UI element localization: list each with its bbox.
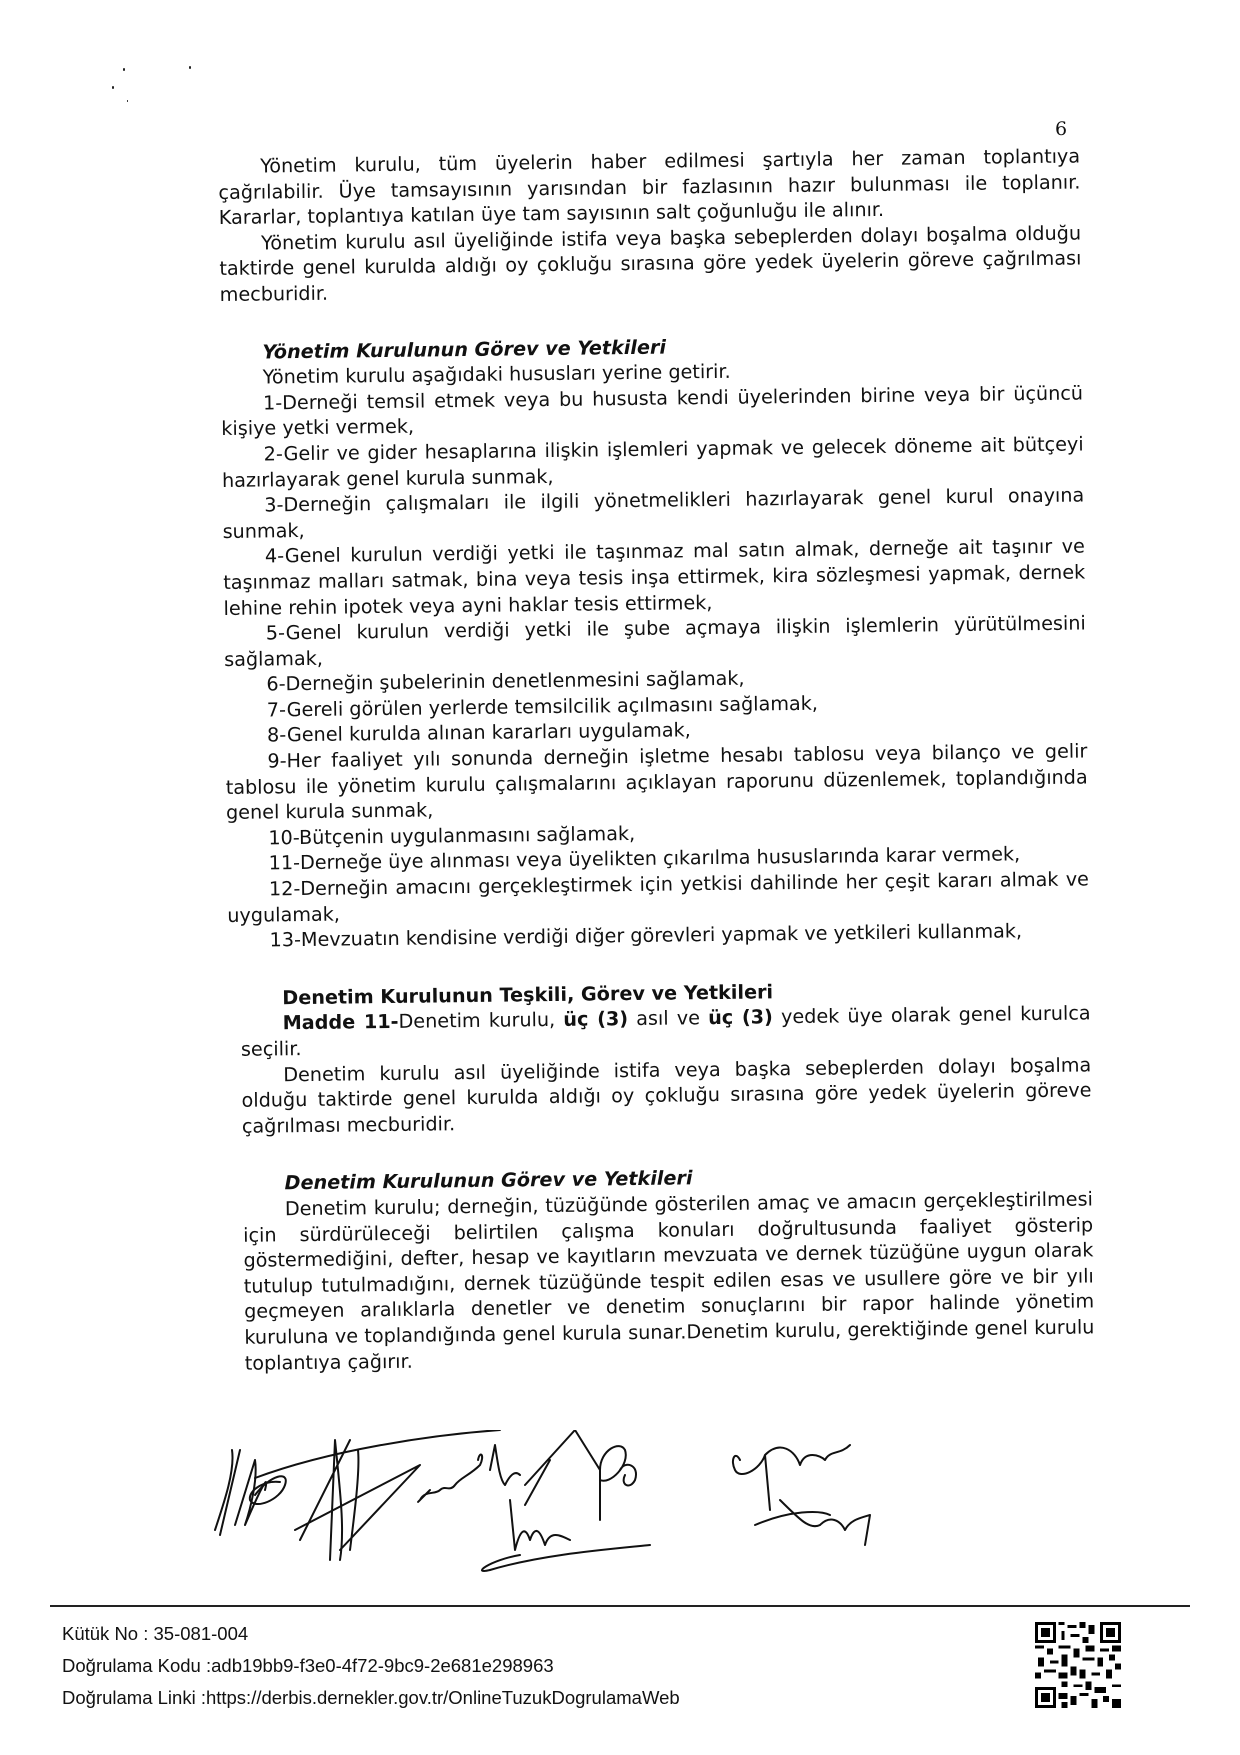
article-text: Denetim kurulu, — [398, 1008, 563, 1033]
paragraph: Yönetim kurulu, tüm üyelerin haber edilm… — [218, 143, 1081, 230]
qr-code-icon — [1035, 1622, 1121, 1708]
article-text: asıl ve — [628, 1006, 708, 1030]
verification-link[interactable]: Doğrulama Linki :https://derbis.dernekle… — [62, 1682, 680, 1714]
signature-3 — [418, 1455, 482, 1502]
document-body: Yönetim kurulu, tüm üyelerin haber edilm… — [218, 143, 1095, 1376]
paragraph: Denetim kurulu asıl üyeliğinde istifa ve… — [241, 1052, 1092, 1139]
signature-5 — [575, 1430, 636, 1520]
list-item: 9-Her faaliyet yılı sonunda derneğin işl… — [225, 738, 1088, 825]
verification-code: Doğrulama Kodu :adb19bb9-f3e0-4f72-9bc9-… — [62, 1650, 680, 1682]
audit-duties-section: Denetim Kurulunun Görev ve Yetkileri Den… — [242, 1161, 1094, 1376]
signature-2 — [295, 1440, 420, 1560]
board-meeting-section: Yönetim kurulu, tüm üyelerin haber edilm… — [218, 143, 1082, 307]
member-count: üç (3) — [563, 1007, 628, 1031]
duties-list: 1-Derneği temsil etmek veya bu hususta k… — [221, 380, 1090, 954]
footer-divider — [50, 1605, 1190, 1607]
signature-6 — [733, 1445, 870, 1545]
audit-board-section: Denetim Kurulunun Teşkili, Görev ve Yetk… — [240, 975, 1092, 1139]
scan-speck — [127, 100, 128, 102]
footer: Kütük No : 35-081-004 Doğrulama Kodu :ad… — [62, 1618, 680, 1714]
page-number: 6 — [1055, 118, 1067, 140]
scan-speck — [123, 68, 125, 71]
registry-number: Kütük No : 35-081-004 — [62, 1618, 680, 1650]
paragraph: Yönetim kurulu asıl üyeliğinde istifa ve… — [219, 220, 1082, 307]
scan-speck — [189, 66, 191, 69]
board-duties-section: Yönetim Kurulunun Görev ve Yetkileri Yön… — [220, 329, 1089, 954]
article-label: Madde 11- — [282, 1010, 398, 1034]
paragraph: Denetim kurulu; derneğin, tüzüğünde göst… — [243, 1186, 1095, 1376]
list-item: 4-Genel kurulun verdiği yetki ile taşınm… — [223, 534, 1086, 621]
scan-speck — [112, 86, 114, 89]
member-count: üç (3) — [708, 1006, 773, 1030]
